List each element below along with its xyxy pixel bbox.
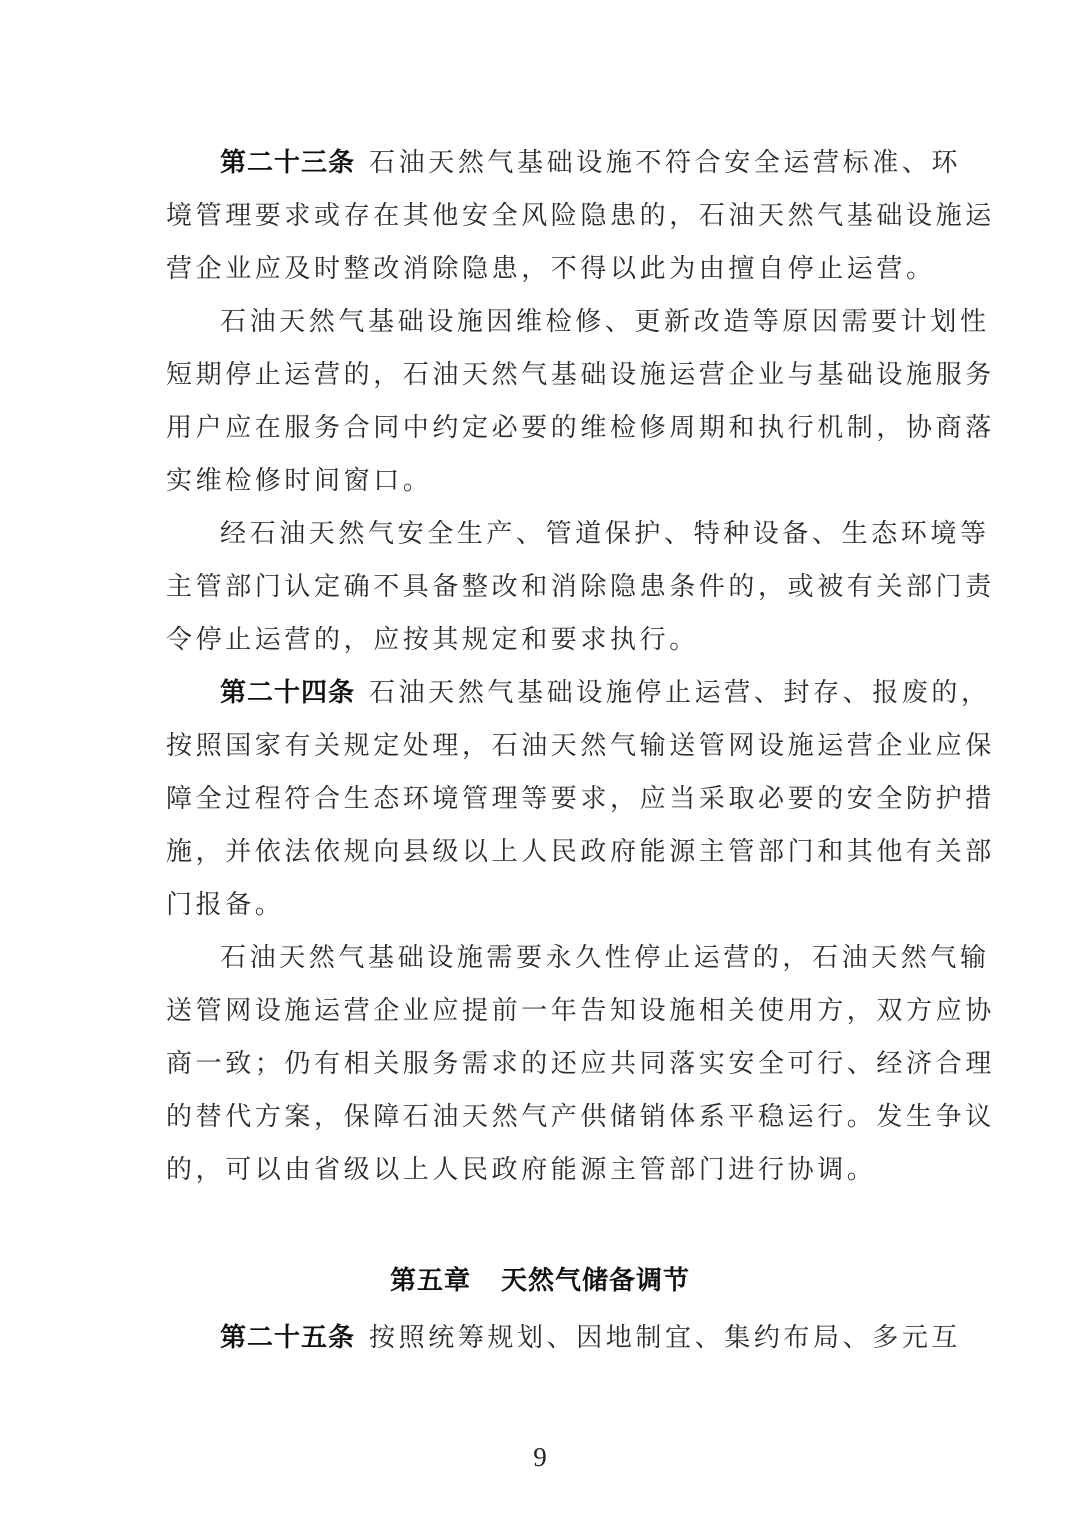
article-24-line-4: 施，并依法依规向县级以上人民政府能源主管部门和其他有关部 [166, 835, 918, 869]
article-24-line-1: 第二十四条石油天然气基础设施停止运营、封存、报废的， [220, 676, 918, 710]
article-24-line-2: 按照国家有关规定处理，石油天然气输送管网设施运营企业应保 [166, 729, 918, 763]
article-24-p2-line-1: 石油天然气基础设施需要永久性停止运营的，石油天然气输 [220, 941, 918, 975]
article-25-heading: 第二十五条 [220, 1323, 355, 1353]
article-23-p3-line-1: 经石油天然气安全生产、管道保护、特种设备、生态环境等 [220, 517, 918, 551]
article-24-line-5: 门报备。 [166, 888, 918, 922]
document-page: 第二十三条石油天然气基础设施不符合安全运营标准、环 境管理要求或存在其他安全风险… [0, 0, 1080, 1527]
article-24-line-3: 障全过程符合生态环境管理等要求，应当采取必要的安全防护措 [166, 782, 918, 816]
article-23-p3-line-3: 令停止运营的，应按其规定和要求执行。 [166, 623, 918, 657]
chapter-heading: 第五章天然气储备调节 [0, 1264, 1080, 1298]
article-24-heading: 第二十四条 [220, 678, 355, 708]
chapter-number: 第五章 [390, 1266, 471, 1296]
article-24-p2-line-2: 送管网设施运营企业应提前一年告知设施相关使用方，双方应协 [166, 994, 918, 1028]
article-24-p2-line-3: 商一致；仍有相关服务需求的还应共同落实安全可行、经济合理 [166, 1047, 918, 1081]
page-number: 9 [0, 1440, 1080, 1474]
article-23-p2-line-1: 石油天然气基础设施因维检修、更新改造等原因需要计划性 [220, 305, 918, 339]
article-23-p2-line-4: 实维检修时间窗口。 [166, 464, 918, 498]
article-23-heading: 第二十三条 [220, 148, 355, 178]
chapter-title: 天然气储备调节 [501, 1266, 690, 1296]
article-23-p2-line-3: 用户应在服务合同中约定必要的维检修周期和执行机制，协商落 [166, 411, 918, 445]
article-23-line-2: 境管理要求或存在其他安全风险隐患的，石油天然气基础设施运 [166, 199, 918, 233]
article-23-line-3: 营企业应及时整改消除隐患，不得以此为由擅自停止运营。 [166, 252, 918, 286]
article-24-p2-line-5: 的，可以由省级以上人民政府能源主管部门进行协调。 [166, 1153, 918, 1187]
article-23-p3-line-2: 主管部门认定确不具备整改和消除隐患条件的，或被有关部门责 [166, 570, 918, 604]
article-25-line-1: 第二十五条按照统筹规划、因地制宜、集约布局、多元互 [220, 1321, 918, 1355]
article-23-p2-line-2: 短期停止运营的，石油天然气基础设施运营企业与基础设施服务 [166, 358, 918, 392]
article-23-line-1: 第二十三条石油天然气基础设施不符合安全运营标准、环 [220, 146, 918, 180]
article-24-p2-line-4: 的替代方案，保障石油天然气产供储销体系平稳运行。发生争议 [166, 1100, 918, 1134]
